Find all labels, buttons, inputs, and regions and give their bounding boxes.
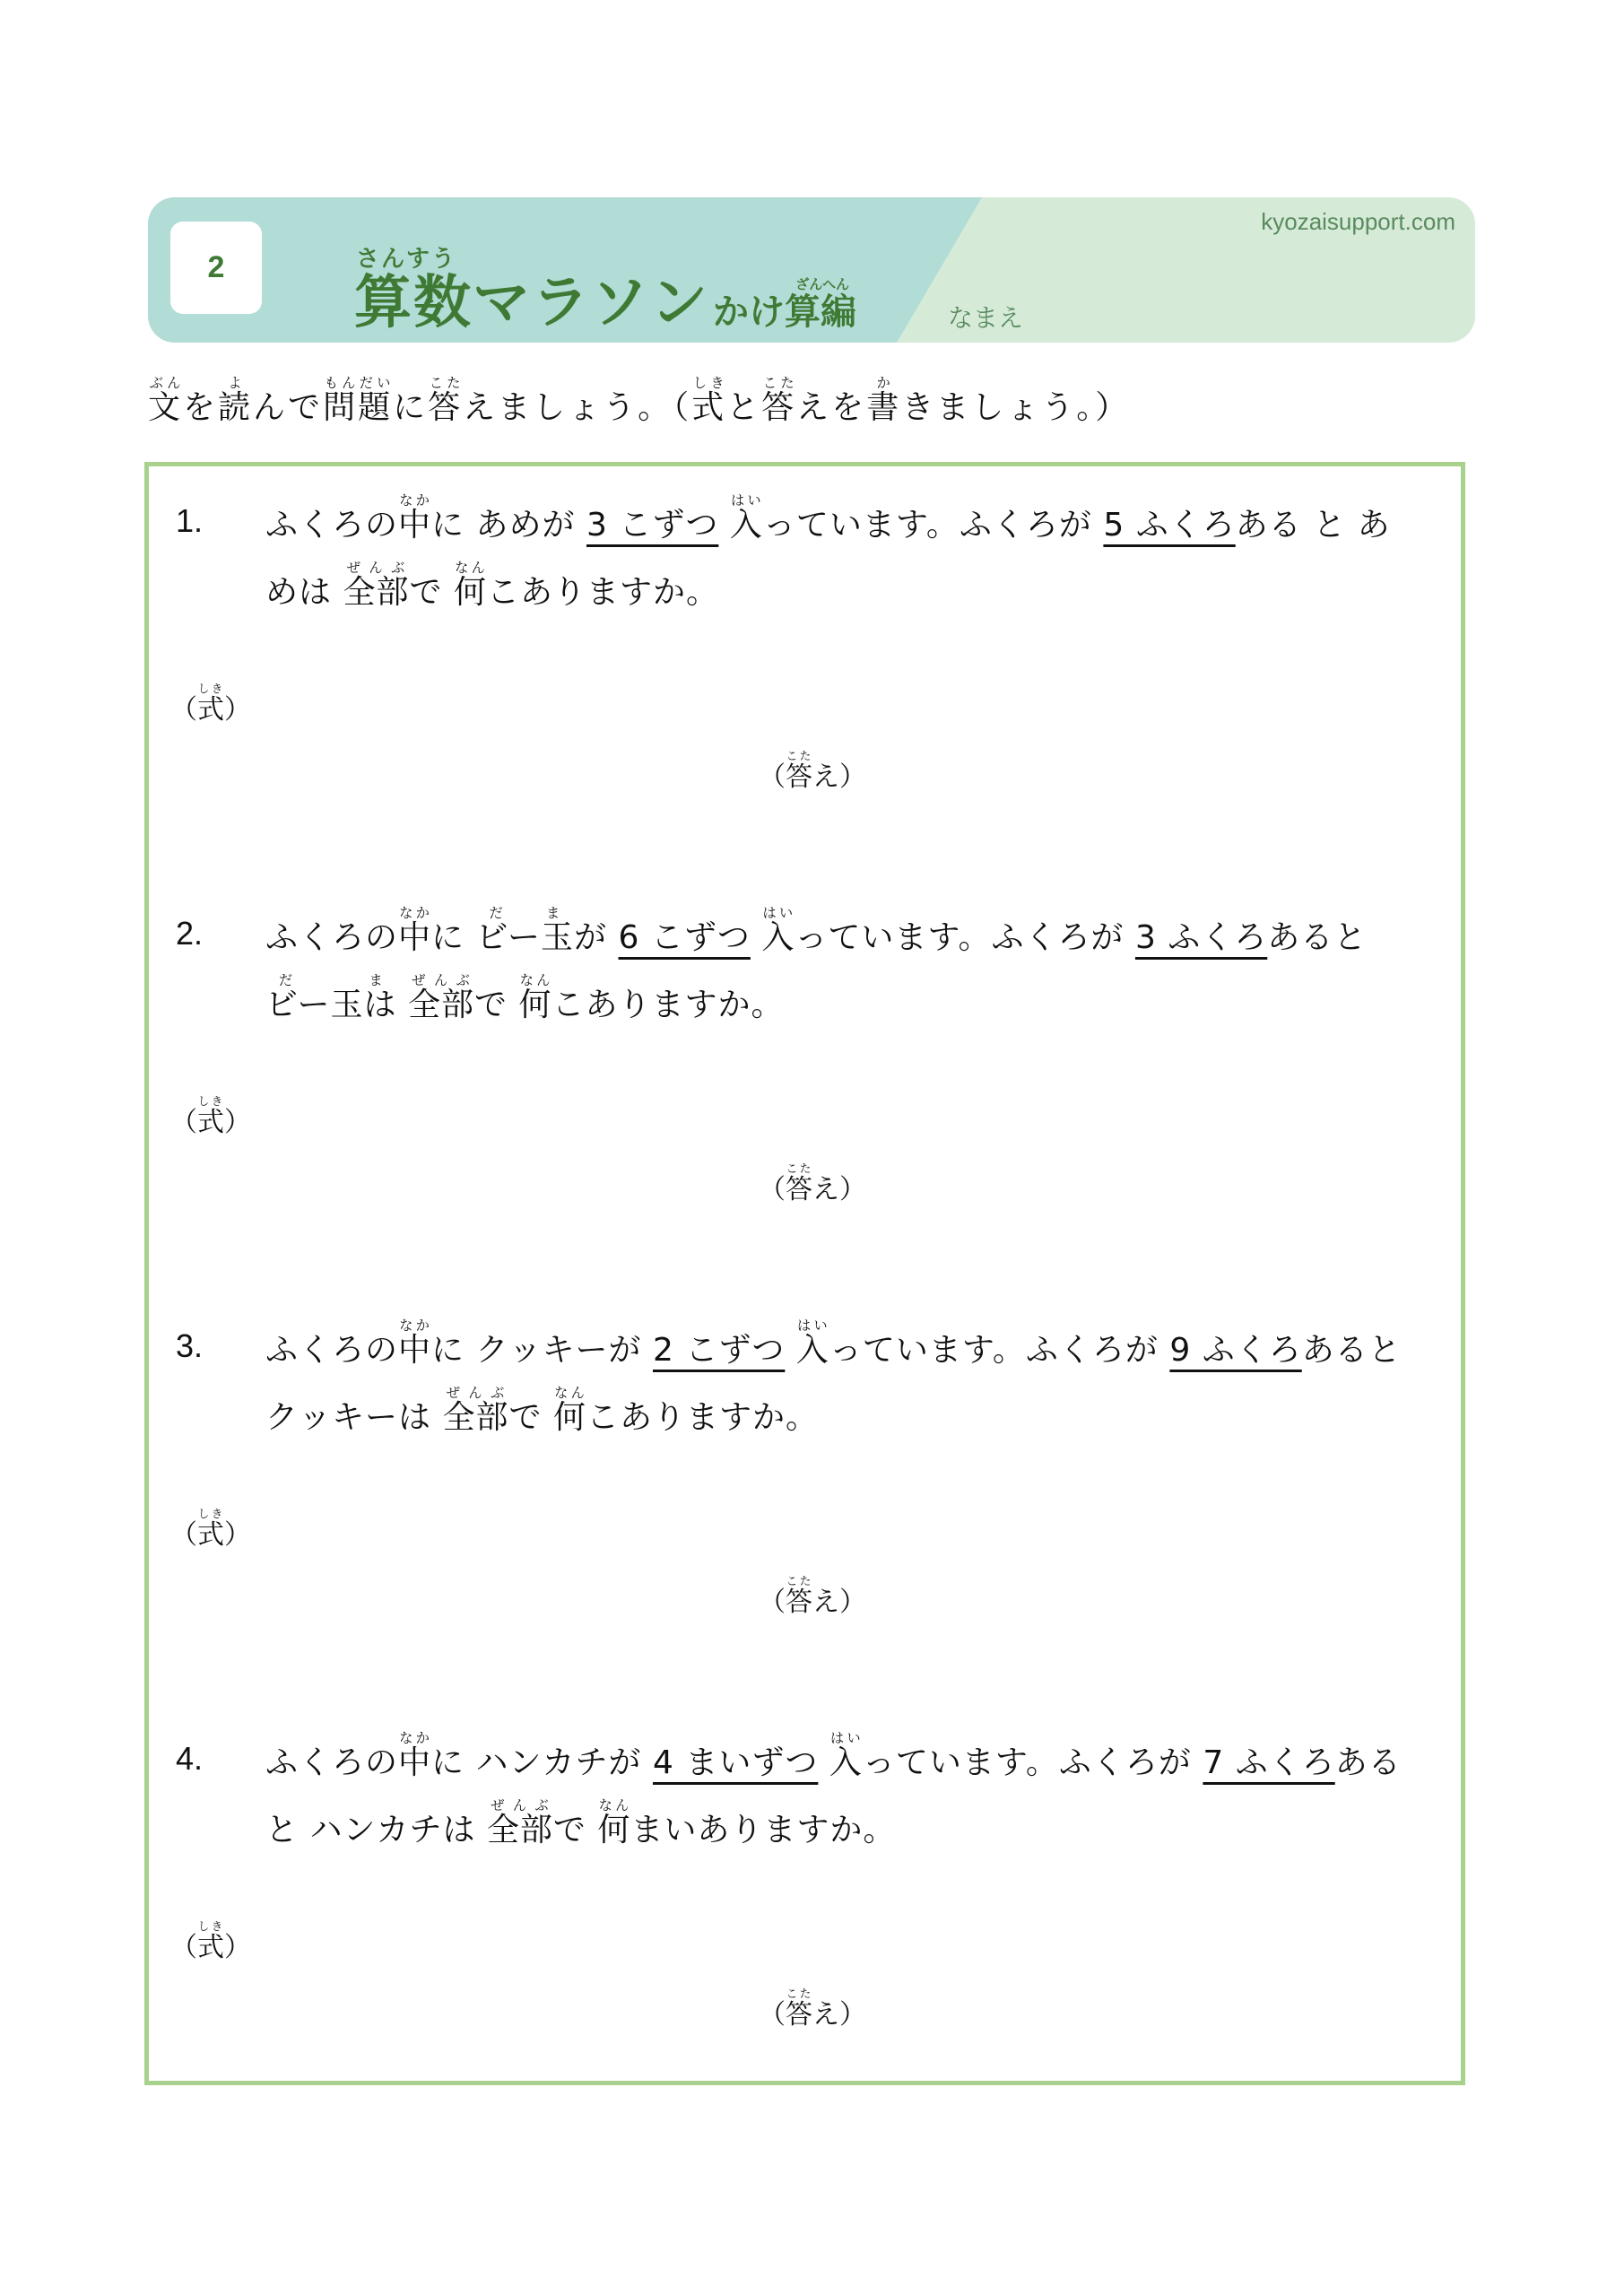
site-url: kyozaisupport.com — [1261, 208, 1455, 236]
ruby-bun: 文ぶん — [148, 389, 183, 426]
item-name: ビー玉だま — [476, 919, 575, 956]
bag-count: 3 ふくろ — [1135, 919, 1267, 956]
per-bag-amount: 4 まいずつ — [653, 1744, 818, 1781]
title-sub-kanji: 算編 — [785, 291, 856, 333]
instruction-text: 文ぶんを読よんで問題もんだいに答こたえましょう。（式しきと答こたえを書かきましょ… — [148, 375, 1130, 428]
formula-label: （式しき） — [170, 682, 251, 726]
bag-count: 9 ふくろ — [1169, 1332, 1301, 1369]
worksheet-title: さんすう 算数マラソン かけ算編 ざんへん — [354, 224, 856, 332]
problem-2: 2. ふくろの中なかに ビー玉だまが 6 こずつ 入はいっています。ふくろが 3… — [149, 879, 1461, 1291]
answer-label: （答こたえ） — [759, 1574, 866, 1619]
title-ruby: さんすう — [356, 248, 456, 271]
worksheet-header: 2 さんすう 算数マラソン かけ算編 ざんへん kyozaisupport.co… — [148, 197, 1475, 343]
formula-label: （式しき） — [170, 1094, 251, 1139]
bag-count: 7 ふくろ — [1203, 1744, 1334, 1781]
per-bag-amount: 2 こずつ — [653, 1332, 785, 1369]
answer-label: （答こたえ） — [759, 749, 866, 794]
answer-label: （答こたえ） — [759, 1987, 866, 2031]
item-name: クッキー — [476, 1332, 609, 1369]
title-sub-ruby: ざんへん — [795, 278, 849, 291]
problem-number: 3. — [176, 1327, 203, 1365]
per-bag-amount: 6 こずつ — [619, 919, 751, 956]
problem-text: ふくろの中なかに ビー玉だまが 6 こずつ 入はいっています。ふくろが 3 ふく… — [265, 904, 1440, 1039]
ruby-kota-2: 答こた — [761, 389, 796, 426]
item-name: ハンカチ — [476, 1744, 609, 1781]
ruby-shiki: 式しき — [691, 389, 726, 426]
problem-number: 2. — [176, 915, 203, 952]
per-bag-amount: 3 こずつ — [586, 507, 718, 544]
title-sub-prefix: かけ — [713, 291, 785, 333]
formula-label: （式しき） — [170, 1507, 251, 1552]
problem-text: ふくろの中なかに クッキーが 2 こずつ 入はいっています。ふくろが 9 ふくろ… — [265, 1317, 1440, 1451]
answer-label: （答こたえ） — [759, 1161, 866, 1206]
item-name: あめ — [476, 507, 543, 544]
formula-label: （式しき） — [170, 1919, 251, 1964]
title-main: さんすう 算数マラソン — [354, 274, 709, 332]
problem-4: 4. ふくろの中なかに ハンカチが 4 まいずつ 入はいっています。ふくろが 7… — [149, 1704, 1461, 2117]
problem-number: 4. — [176, 1740, 203, 1778]
ruby-ka: 書か — [866, 389, 901, 426]
problem-1: 1. ふくろの中なかに あめが 3 こずつ 入はいっています。ふくろが 5 ふく… — [149, 466, 1461, 879]
ruby-kota: 答こた — [428, 389, 463, 426]
worksheet-number: 2 — [208, 250, 225, 285]
worksheet-number-badge: 2 — [170, 222, 262, 314]
ruby-yo: 読よ — [218, 389, 253, 426]
problem-3: 3. ふくろの中なかに クッキーが 2 こずつ 入はいっています。ふくろが 9 … — [149, 1291, 1461, 1704]
bag-count: 5 ふくろ — [1103, 507, 1235, 544]
title-sub: かけ算編 ざんへん — [713, 294, 856, 330]
name-field-label: なまえ — [948, 299, 1023, 335]
title-main-text: 算数マラソン — [354, 270, 709, 336]
problems-box: 1. ふくろの中なかに あめが 3 こずつ 入はいっています。ふくろが 5 ふく… — [144, 462, 1465, 2085]
problem-text: ふくろの中なかに あめが 3 こずつ 入はいっています。ふくろが 5 ふくろある… — [265, 491, 1440, 626]
ruby-mondai: 問題もんだい — [323, 389, 393, 426]
problem-number: 1. — [176, 502, 203, 540]
problem-text: ふくろの中なかに ハンカチが 4 まいずつ 入はいっています。ふくろが 7 ふく… — [265, 1729, 1440, 1864]
